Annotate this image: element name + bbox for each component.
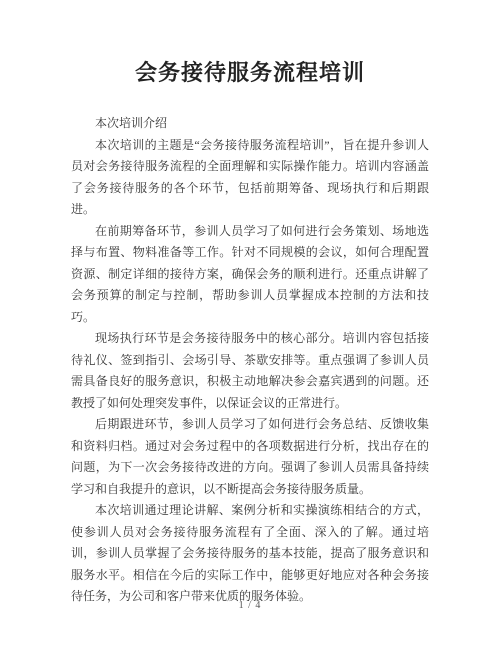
- paragraph-follow-up: 后期跟进环节，参训人员学习了如何进行会务总结、反馈收集和资料归档。通过对会务过程…: [71, 414, 429, 500]
- intro-heading: 本次培训介绍: [71, 113, 429, 135]
- document-page: 会务接待服务流程培训 本次培训介绍 本次培训的主题是“会务接待服务流程培训”，旨…: [0, 0, 500, 647]
- document-body: 本次培训介绍 本次培训的主题是“会务接待服务流程培训”，旨在提升参训人员对会务接…: [71, 113, 429, 608]
- page-number: 1 / 4: [0, 600, 500, 611]
- paragraph-preparation: 在前期筹备环节，参训人员学习了如何进行会务策划、场地选择与布置、物料准备等工作。…: [71, 221, 429, 329]
- document-title: 会务接待服务流程培训: [0, 0, 500, 89]
- paragraph-onsite-execution: 现场执行环节是会务接待服务中的核心部分。培训内容包括接待礼仪、签到指引、会场引导…: [71, 328, 429, 414]
- paragraph-overview: 本次培训的主题是“会务接待服务流程培训”，旨在提升参训人员对会务接待服务流程的全…: [71, 135, 429, 221]
- paragraph-summary: 本次培训通过理论讲解、案例分析和实操演练相结合的方式，使参训人员对会务接待服务流…: [71, 500, 429, 608]
